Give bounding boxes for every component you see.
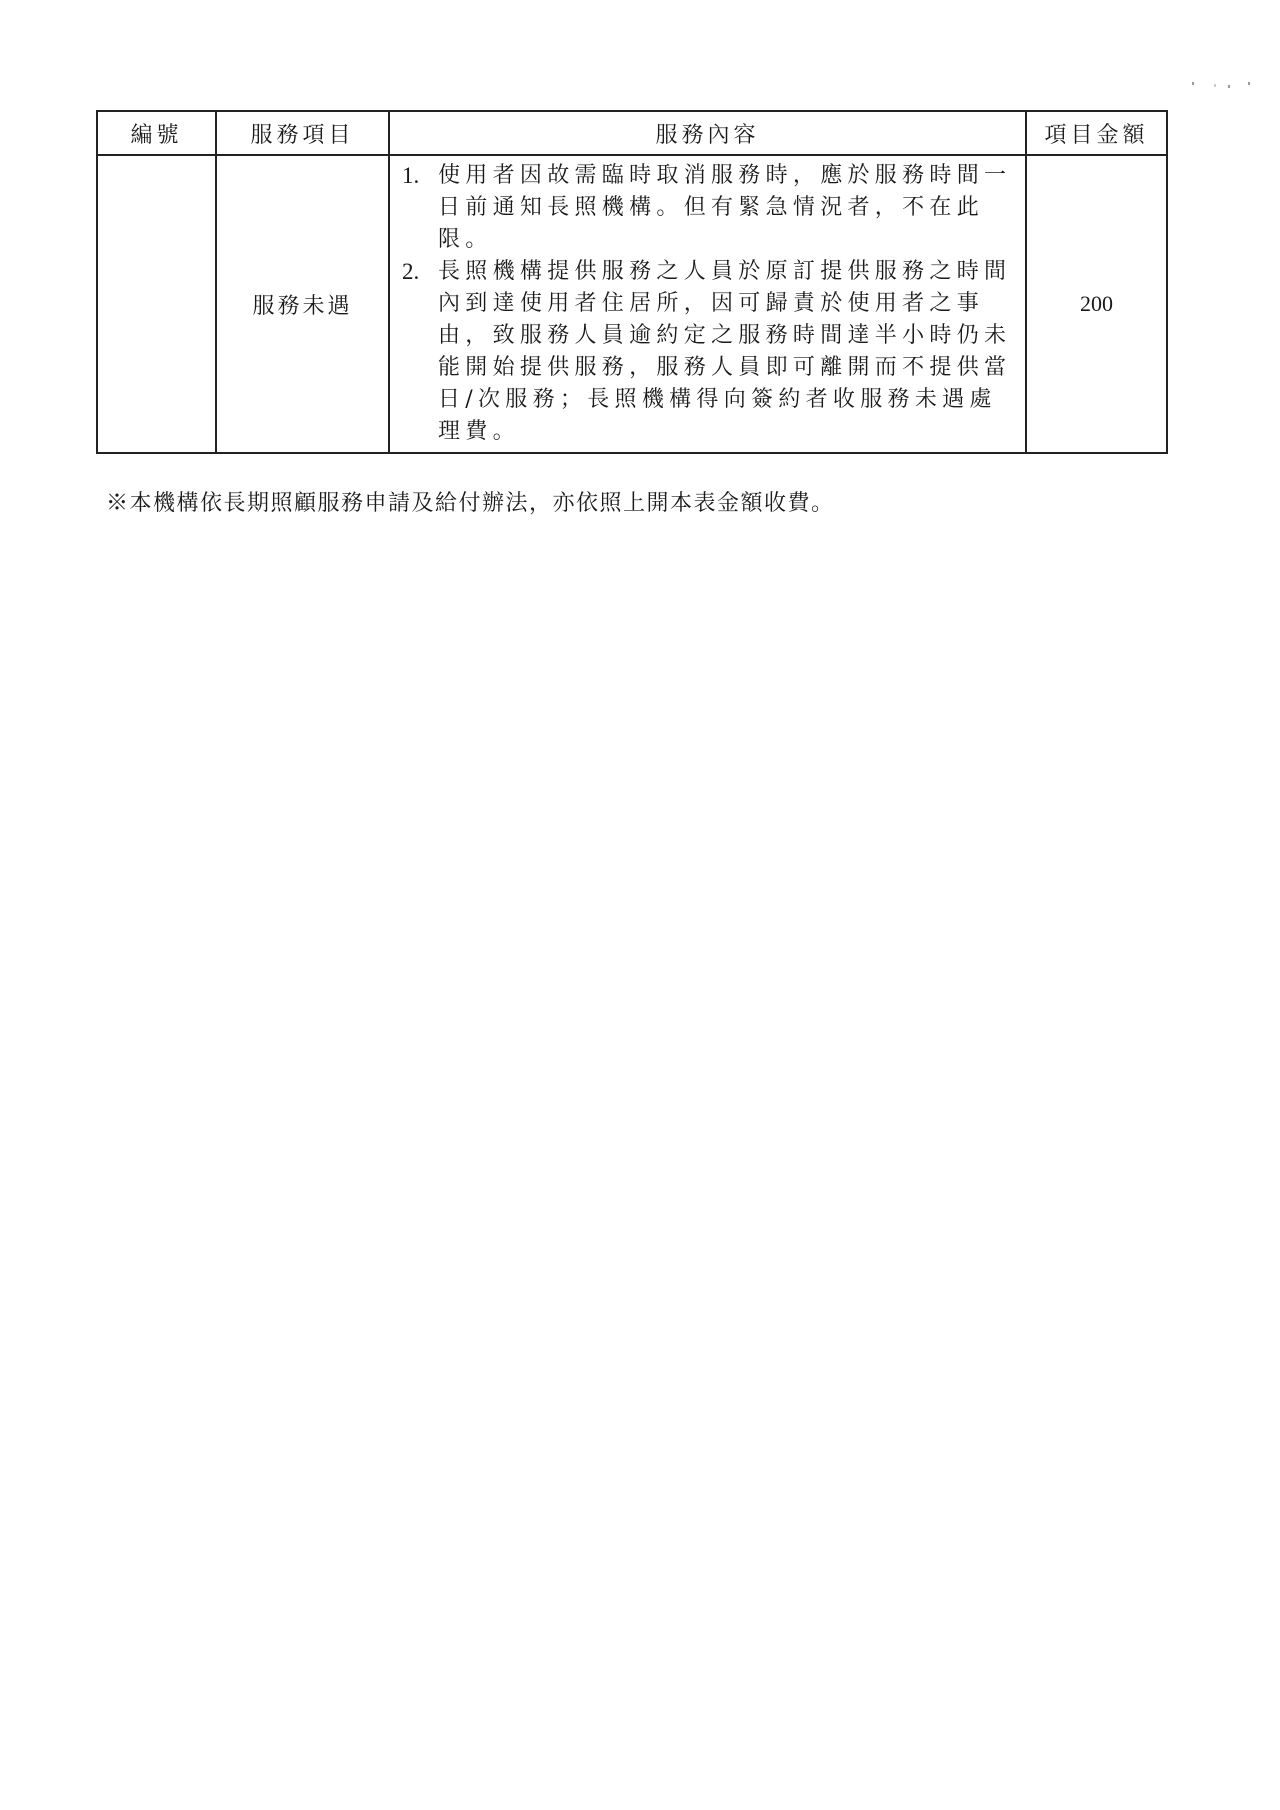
table-row: 服務未遇 1. 使用者因故需臨時取消服務時，應於服務時間一日前通知長照機構。但有… (97, 155, 1167, 453)
cell-service-item: 服務未遇 (216, 155, 389, 453)
header-service-content: 服務內容 (389, 111, 1026, 155)
content-list-item: 2. 長照機構提供服務之人員於原訂提供服務之時間內到達使用者住居所，因可歸責於使… (402, 256, 1015, 448)
scan-artifact-dots (1190, 82, 1270, 92)
cell-item-amount: 200 (1026, 155, 1167, 453)
content-list-item: 1. 使用者因故需臨時取消服務時，應於服務時間一日前通知長照機構。但有緊急情況者… (402, 160, 1015, 256)
list-item-text: 長照機構提供服務之人員於原訂提供服務之時間內到達使用者住居所，因可歸責於使用者之… (438, 256, 1015, 448)
table-header-row: 編號 服務項目 服務內容 項目金額 (97, 111, 1167, 155)
list-item-number: 1. (402, 160, 438, 256)
list-item-number: 2. (402, 256, 438, 448)
cell-service-content: 1. 使用者因故需臨時取消服務時，應於服務時間一日前通知長照機構。但有緊急情況者… (389, 155, 1026, 453)
cell-number (97, 155, 216, 453)
header-item-amount: 項目金額 (1026, 111, 1167, 155)
service-content-list: 1. 使用者因故需臨時取消服務時，應於服務時間一日前通知長照機構。但有緊急情況者… (402, 160, 1015, 448)
fee-table: 編號 服務項目 服務內容 項目金額 服務未遇 1. 使用者因故需臨時取消服務時，… (96, 110, 1168, 454)
document-page: 編號 服務項目 服務內容 項目金額 服務未遇 1. 使用者因故需臨時取消服務時，… (0, 0, 1280, 1810)
footnote: ※本機構依長期照顧服務申請及給付辦法，亦依照上開本表金額收費。 (106, 486, 835, 522)
header-number: 編號 (97, 111, 216, 155)
list-item-text: 使用者因故需臨時取消服務時，應於服務時間一日前通知長照機構。但有緊急情況者，不在… (438, 160, 1015, 256)
header-service-item: 服務項目 (216, 111, 389, 155)
